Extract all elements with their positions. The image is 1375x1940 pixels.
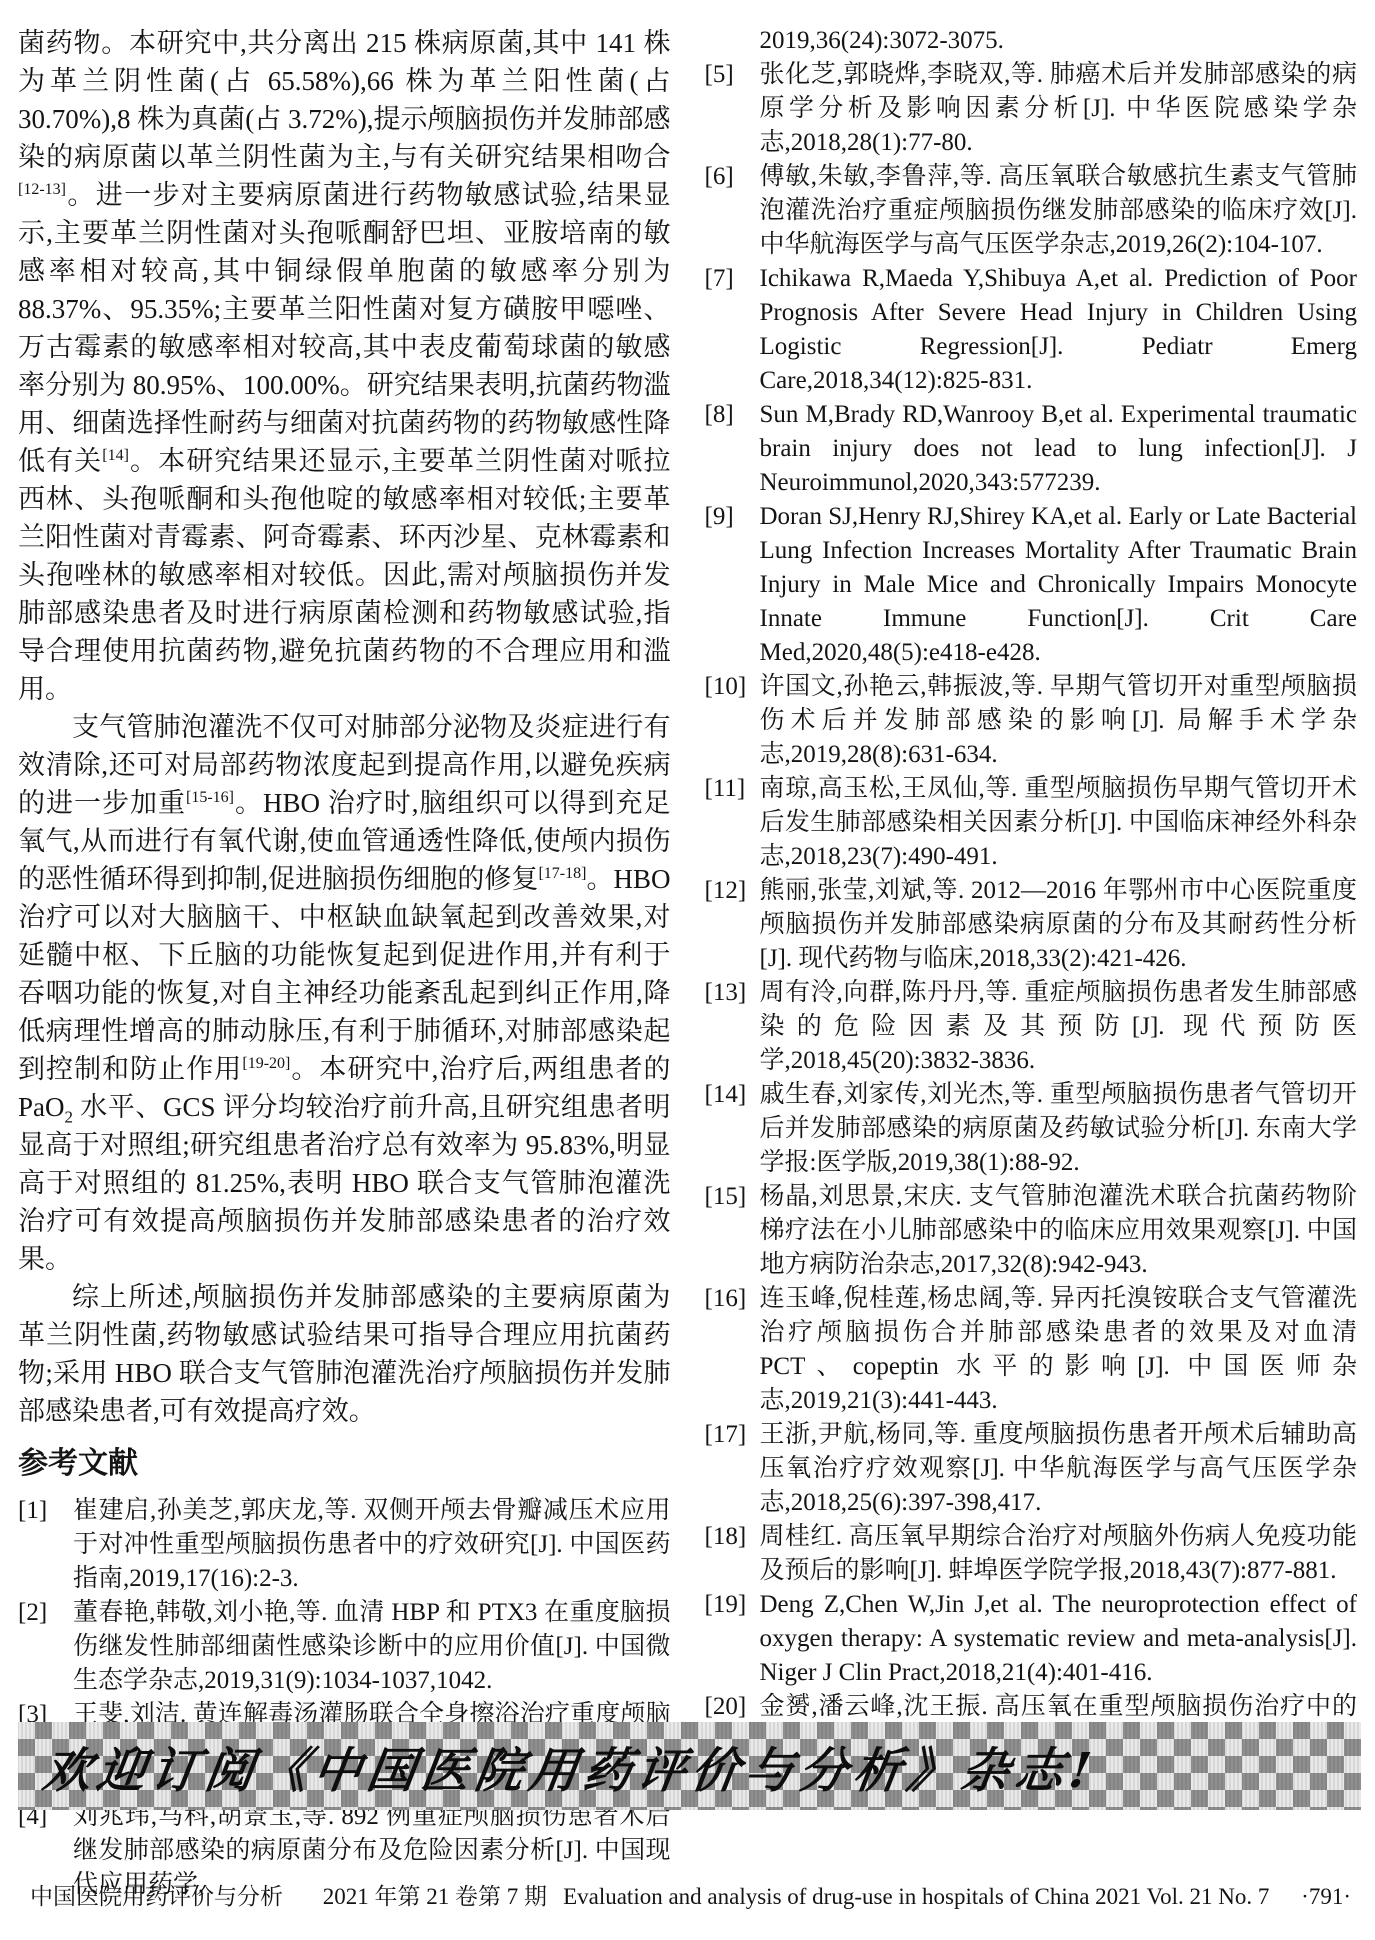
citation-superscript: [19-20] [242,1055,290,1072]
reference-item: [19]Deng Z,Chen W,Jin J,et al. The neuro… [705,1588,1358,1690]
reference-label: [1] [18,1494,73,1528]
reference-text: 连玉峰,倪桂莲,杨忠阔,等. 异丙托溴铵联合支气管灌洗治疗颅脑损伤合并肺部感染患… [760,1282,1358,1418]
reference-label: [9] [705,500,760,534]
banner-text: 欢迎订阅《中国医院用药评价与分析》杂志! [39,1732,1102,1801]
reference-label: [14] [705,1078,760,1112]
text-run: 。进一步对主要病原菌进行药物敏感试验,结果显示,主要革兰阴性菌对头孢哌酮舒巴坦、… [18,180,671,476]
reference-label: [5] [705,58,760,92]
citation-superscript: [15-16] [186,789,234,806]
reference-label: [20] [705,1690,760,1724]
reference-label: [19] [705,1588,760,1622]
reference-text: 张化芝,郭晓烨,李晓双,等. 肺癌术后并发肺部感染的病原学分析及影响因素分析[J… [760,58,1358,160]
reference-item: [1]崔建启,孙美芝,郭庆龙,等. 双侧开颅去骨瓣减压术应用于对冲性重型颅脑损伤… [18,1494,671,1596]
reference-text: 崔建启,孙美芝,郭庆龙,等. 双侧开颅去骨瓣减压术应用于对冲性重型颅脑损伤患者中… [73,1494,671,1596]
reference-item: [11]南琼,高玉松,王凤仙,等. 重型颅脑损伤早期气管切开术后发生肺部感染相关… [705,772,1358,874]
references-heading: 参考文献 [18,1444,671,1484]
reference-label: [7] [705,262,760,296]
reference-label: [8] [705,398,760,432]
subscription-banner: 欢迎订阅《中国医院用药评价与分析》杂志! [18,1722,1361,1810]
reference-text: Deng Z,Chen W,Jin J,et al. The neuroprot… [760,1588,1358,1690]
text-run: 综上所述,颅脑损伤并发肺部感染的主要病原菌为革兰阴性菌,药物敏感试验结果可指导合… [18,1282,671,1426]
reference-label: [10] [705,670,760,704]
body-paragraph: 支气管肺泡灌洗不仅可对肺部分泌物及炎症进行有效清除,还可对局部药物浓度起到提高作… [18,708,671,1278]
reference-item: [7]Ichikawa R,Maeda Y,Shibuya A,et al. P… [705,262,1358,398]
reference-text: 南琼,高玉松,王凤仙,等. 重型颅脑损伤早期气管切开术后发生肺部感染相关因素分析… [760,772,1358,874]
two-column-text: 菌药物。本研究中,共分离出 215 株病原菌,其中 141 株为革兰阴性菌(占 … [18,24,1357,1902]
text-run: 。HBO 治疗可以对大脑脑干、中枢缺血缺氧起到改善效果,对延髓中枢、下丘脑的功能… [18,864,671,1084]
reference-text: 杨晶,刘思景,宋庆. 支气管肺泡灌洗术联合抗菌药物阶梯疗法在小儿肺部感染中的临床… [760,1180,1358,1282]
paragraphs: 菌药物。本研究中,共分离出 215 株病原菌,其中 141 株为革兰阴性菌(占 … [18,24,671,1430]
reference-text: Sun M,Brady RD,Wanrooy B,et al. Experime… [760,398,1358,500]
body-paragraph: 综上所述,颅脑损伤并发肺部感染的主要病原菌为革兰阴性菌,药物敏感试验结果可指导合… [18,1278,671,1430]
reference-text: 许国文,孙艳云,韩振波,等. 早期气管切开对重型颅脑损伤术后并发肺部感染的影响[… [760,670,1358,772]
reference-text: 周桂红. 高压氧早期综合治疗对颅脑外伤病人免疫功能及预后的影响[J]. 蚌埠医学… [760,1520,1358,1588]
reference-label: [18] [705,1520,760,1554]
reference-item: [5]张化芝,郭晓烨,李晓双,等. 肺癌术后并发肺部感染的病原学分析及影响因素分… [705,58,1358,160]
reference-text: Doran SJ,Henry RJ,Shirey KA,et al. Early… [760,500,1358,670]
reference-item: [2]董春艳,韩敬,刘小艳,等. 血清 HBP 和 PTX3 在重度脑损伤继发性… [18,1596,671,1698]
reference-label: [2] [18,1596,73,1630]
footer-page-number: ·791· [1301,1884,1351,1909]
reference-label: [17] [705,1418,760,1452]
right-column: 2019,36(24):3072-3075. [5]张化芝,郭晓烨,李晓双,等.… [705,24,1358,1902]
reference-item: [10]许国文,孙艳云,韩振波,等. 早期气管切开对重型颅脑损伤术后并发肺部感染… [705,670,1358,772]
reference-item: [8]Sun M,Brady RD,Wanrooy B,et al. Exper… [705,398,1358,500]
reference-text: 王浙,尹航,杨同,等. 重度颅脑损伤患者开颅术后辅助高压氧治疗疗效观察[J]. … [760,1418,1358,1520]
text-run: 菌药物。本研究中,共分离出 215 株病原菌,其中 141 株为革兰阴性菌(占 … [18,28,671,172]
reference-item: [14]戚生春,刘家传,刘光杰,等. 重型颅脑损伤患者气管切开后并发肺部感染的病… [705,1078,1358,1180]
left-column: 菌药物。本研究中,共分离出 215 株病原菌,其中 141 株为革兰阴性菌(占 … [18,24,671,1902]
reference-item: [16]连玉峰,倪桂莲,杨忠阔,等. 异丙托溴铵联合支气管灌洗治疗颅脑损伤合并肺… [705,1282,1358,1418]
reference-label: [16] [705,1282,760,1316]
references-left: [1]崔建启,孙美芝,郭庆龙,等. 双侧开颅去骨瓣减压术应用于对冲性重型颅脑损伤… [18,1494,671,1902]
footer-journal-info: 中国医院用药评价与分析 2021 年第 21 卷第 7 期 [30,1882,547,1912]
page-footer: 中国医院用药评价与分析 2021 年第 21 卷第 7 期 Evaluation… [30,1882,1351,1912]
reference-text: Ichikawa R,Maeda Y,Shibuya A,et al. Pred… [760,262,1358,398]
reference-text: 熊丽,张莹,刘斌,等. 2012—2016 年鄂州市中心医院重度颅脑损伤并发肺部… [760,874,1358,976]
body-paragraph: 菌药物。本研究中,共分离出 215 株病原菌,其中 141 株为革兰阴性菌(占 … [18,24,671,708]
footer-journal-info-en: Evaluation and analysis of drug-use in h… [563,1882,1351,1912]
footer-issue-zh: 2021 年第 21 卷第 7 期 [323,1884,547,1909]
citation-superscript: [17-18] [538,865,586,882]
references-right: [5]张化芝,郭晓烨,李晓双,等. 肺癌术后并发肺部感染的病原学分析及影响因素分… [705,58,1358,1758]
reference-item: [9]Doran SJ,Henry RJ,Shirey KA,et al. Ea… [705,500,1358,670]
reference-text: 周有泠,向群,陈丹丹,等. 重症颅脑损伤患者发生肺部感染的危险因素及其预防[J]… [760,976,1358,1078]
journal-page: 菌药物。本研究中,共分离出 215 株病原菌,其中 141 株为革兰阴性菌(占 … [0,0,1375,1940]
reference-label: [12] [705,874,760,908]
reference-label: [13] [705,976,760,1010]
reference-item: [17]王浙,尹航,杨同,等. 重度颅脑损伤患者开颅术后辅助高压氧治疗疗效观察[… [705,1418,1358,1520]
reference-label: [6] [705,160,760,194]
footer-journal-title-zh: 中国医院用药评价与分析 [30,1884,283,1909]
text-run: 。本研究结果还显示,主要革兰阴性菌对哌拉西林、头孢哌酮和头孢他啶的敏感率相对较低… [18,446,671,704]
reference-item: [18]周桂红. 高压氧早期综合治疗对颅脑外伤病人免疫功能及预后的影响[J]. … [705,1520,1358,1588]
reference-text: 戚生春,刘家传,刘光杰,等. 重型颅脑损伤患者气管切开后并发肺部感染的病原菌及药… [760,1078,1358,1180]
citation-superscript: [12-13] [18,181,66,198]
reference-item: [6]傅敏,朱敏,李鲁萍,等. 高压氧联合敏感抗生素支气管肺泡灌洗治疗重症颅脑损… [705,160,1358,262]
reference-item: [15]杨晶,刘思景,宋庆. 支气管肺泡灌洗术联合抗菌药物阶梯疗法在小儿肺部感染… [705,1180,1358,1282]
text-run: 水平、GCS 评分均较治疗前升高,且研究组患者明显高于对照组;研究组患者治疗总有… [18,1092,671,1274]
reference-continuation: 2019,36(24):3072-3075. [705,24,1358,58]
footer-journal-title-en: Evaluation and analysis of drug-use in h… [563,1884,1269,1909]
reference-text: 傅敏,朱敏,李鲁萍,等. 高压氧联合敏感抗生素支气管肺泡灌洗治疗重症颅脑损伤继发… [760,160,1358,262]
reference-item: [12]熊丽,张莹,刘斌,等. 2012—2016 年鄂州市中心医院重度颅脑损伤… [705,874,1358,976]
reference-label: [11] [705,772,760,806]
reference-text: 董春艳,韩敬,刘小艳,等. 血清 HBP 和 PTX3 在重度脑损伤继发性肺部细… [73,1596,671,1698]
chemical-subscript: 2 [65,1107,74,1126]
reference-label: [15] [705,1180,760,1214]
reference-item: [13]周有泠,向群,陈丹丹,等. 重症颅脑损伤患者发生肺部感染的危险因素及其预… [705,976,1358,1078]
citation-superscript: [14] [102,447,129,464]
